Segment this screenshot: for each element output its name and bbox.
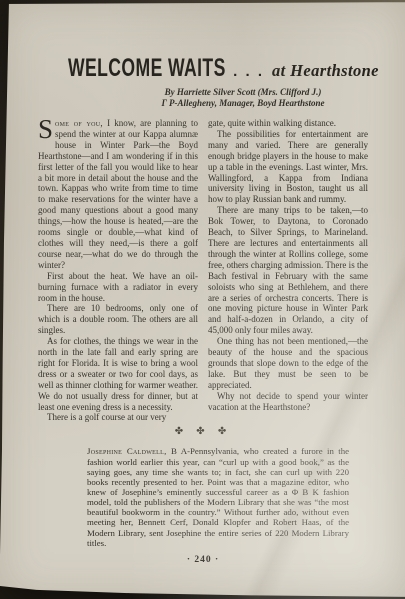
column-left: Some of you, I know, are planning to spe… (38, 118, 198, 423)
article-body: Some of you, I know, are planning to spe… (38, 118, 368, 423)
note-paragraph: Josephine Caldwell, Β Α-Pennsylvania, wh… (87, 446, 349, 548)
paragraph-text: I know, are planning to spend the winter… (38, 118, 198, 270)
magazine-page-scan: WELCOME WAITS . . . at Hearthstone By Ha… (0, 0, 405, 599)
byline: By Harriette Silver Scott (Mrs. Clifford… (38, 87, 368, 109)
paragraph: gate, quite within walking distance. (208, 118, 368, 129)
paragraph: Why not decide to spend your winter vaca… (208, 391, 368, 413)
byline-role: Γ Ρ-Allegheny, Manager, Boyd Hearthstone (118, 98, 368, 109)
scan-edge-bottom (0, 586, 405, 599)
note-text: Β Α-Pennsylvania, who created a furore i… (87, 446, 349, 547)
paragraph: The possibilities for entertainment are … (208, 129, 368, 205)
paragraph: One thing has not been mentioned,—the be… (208, 336, 368, 391)
paragraph: First about the heat. We have an oil-bur… (38, 271, 198, 304)
article-title: WELCOME WAITS . . . at Hearthstone (68, 56, 368, 82)
news-note: Josephine Caldwell, Β Α-Pennsylvania, wh… (87, 446, 349, 548)
title-accent-text: at Hearthstone (272, 61, 379, 80)
paragraph: There are many trips to be taken,—to Bok… (208, 205, 368, 336)
scan-edge-left (0, 0, 9, 578)
title-ellipsis: . . . (233, 63, 264, 80)
note-lead-small-caps: Josephine Caldwell, (87, 446, 167, 456)
scan-edge-top (0, 0, 405, 4)
title-main-text: WELCOME WAITS (68, 54, 226, 83)
paragraph: As for clothes, the things we wear in th… (38, 336, 198, 412)
opening-small-caps: ome of you, (55, 118, 103, 128)
paragraph: Some of you, I know, are planning to spe… (38, 118, 198, 271)
byline-author: By Harriette Silver Scott (Mrs. Clifford… (118, 87, 368, 98)
paragraph: There are 10 bedrooms, only one of which… (38, 303, 198, 336)
paragraph: There is a golf course at our very (38, 412, 198, 423)
page-number: · 240 · (38, 555, 368, 565)
column-right: gate, quite within walking distance. The… (208, 118, 368, 423)
cross-ornament-divider: ✤ ✤ ✤ (38, 426, 368, 437)
page-content: WELCOME WAITS . . . at Hearthstone By Ha… (38, 56, 368, 565)
drop-cap: S (38, 118, 55, 140)
